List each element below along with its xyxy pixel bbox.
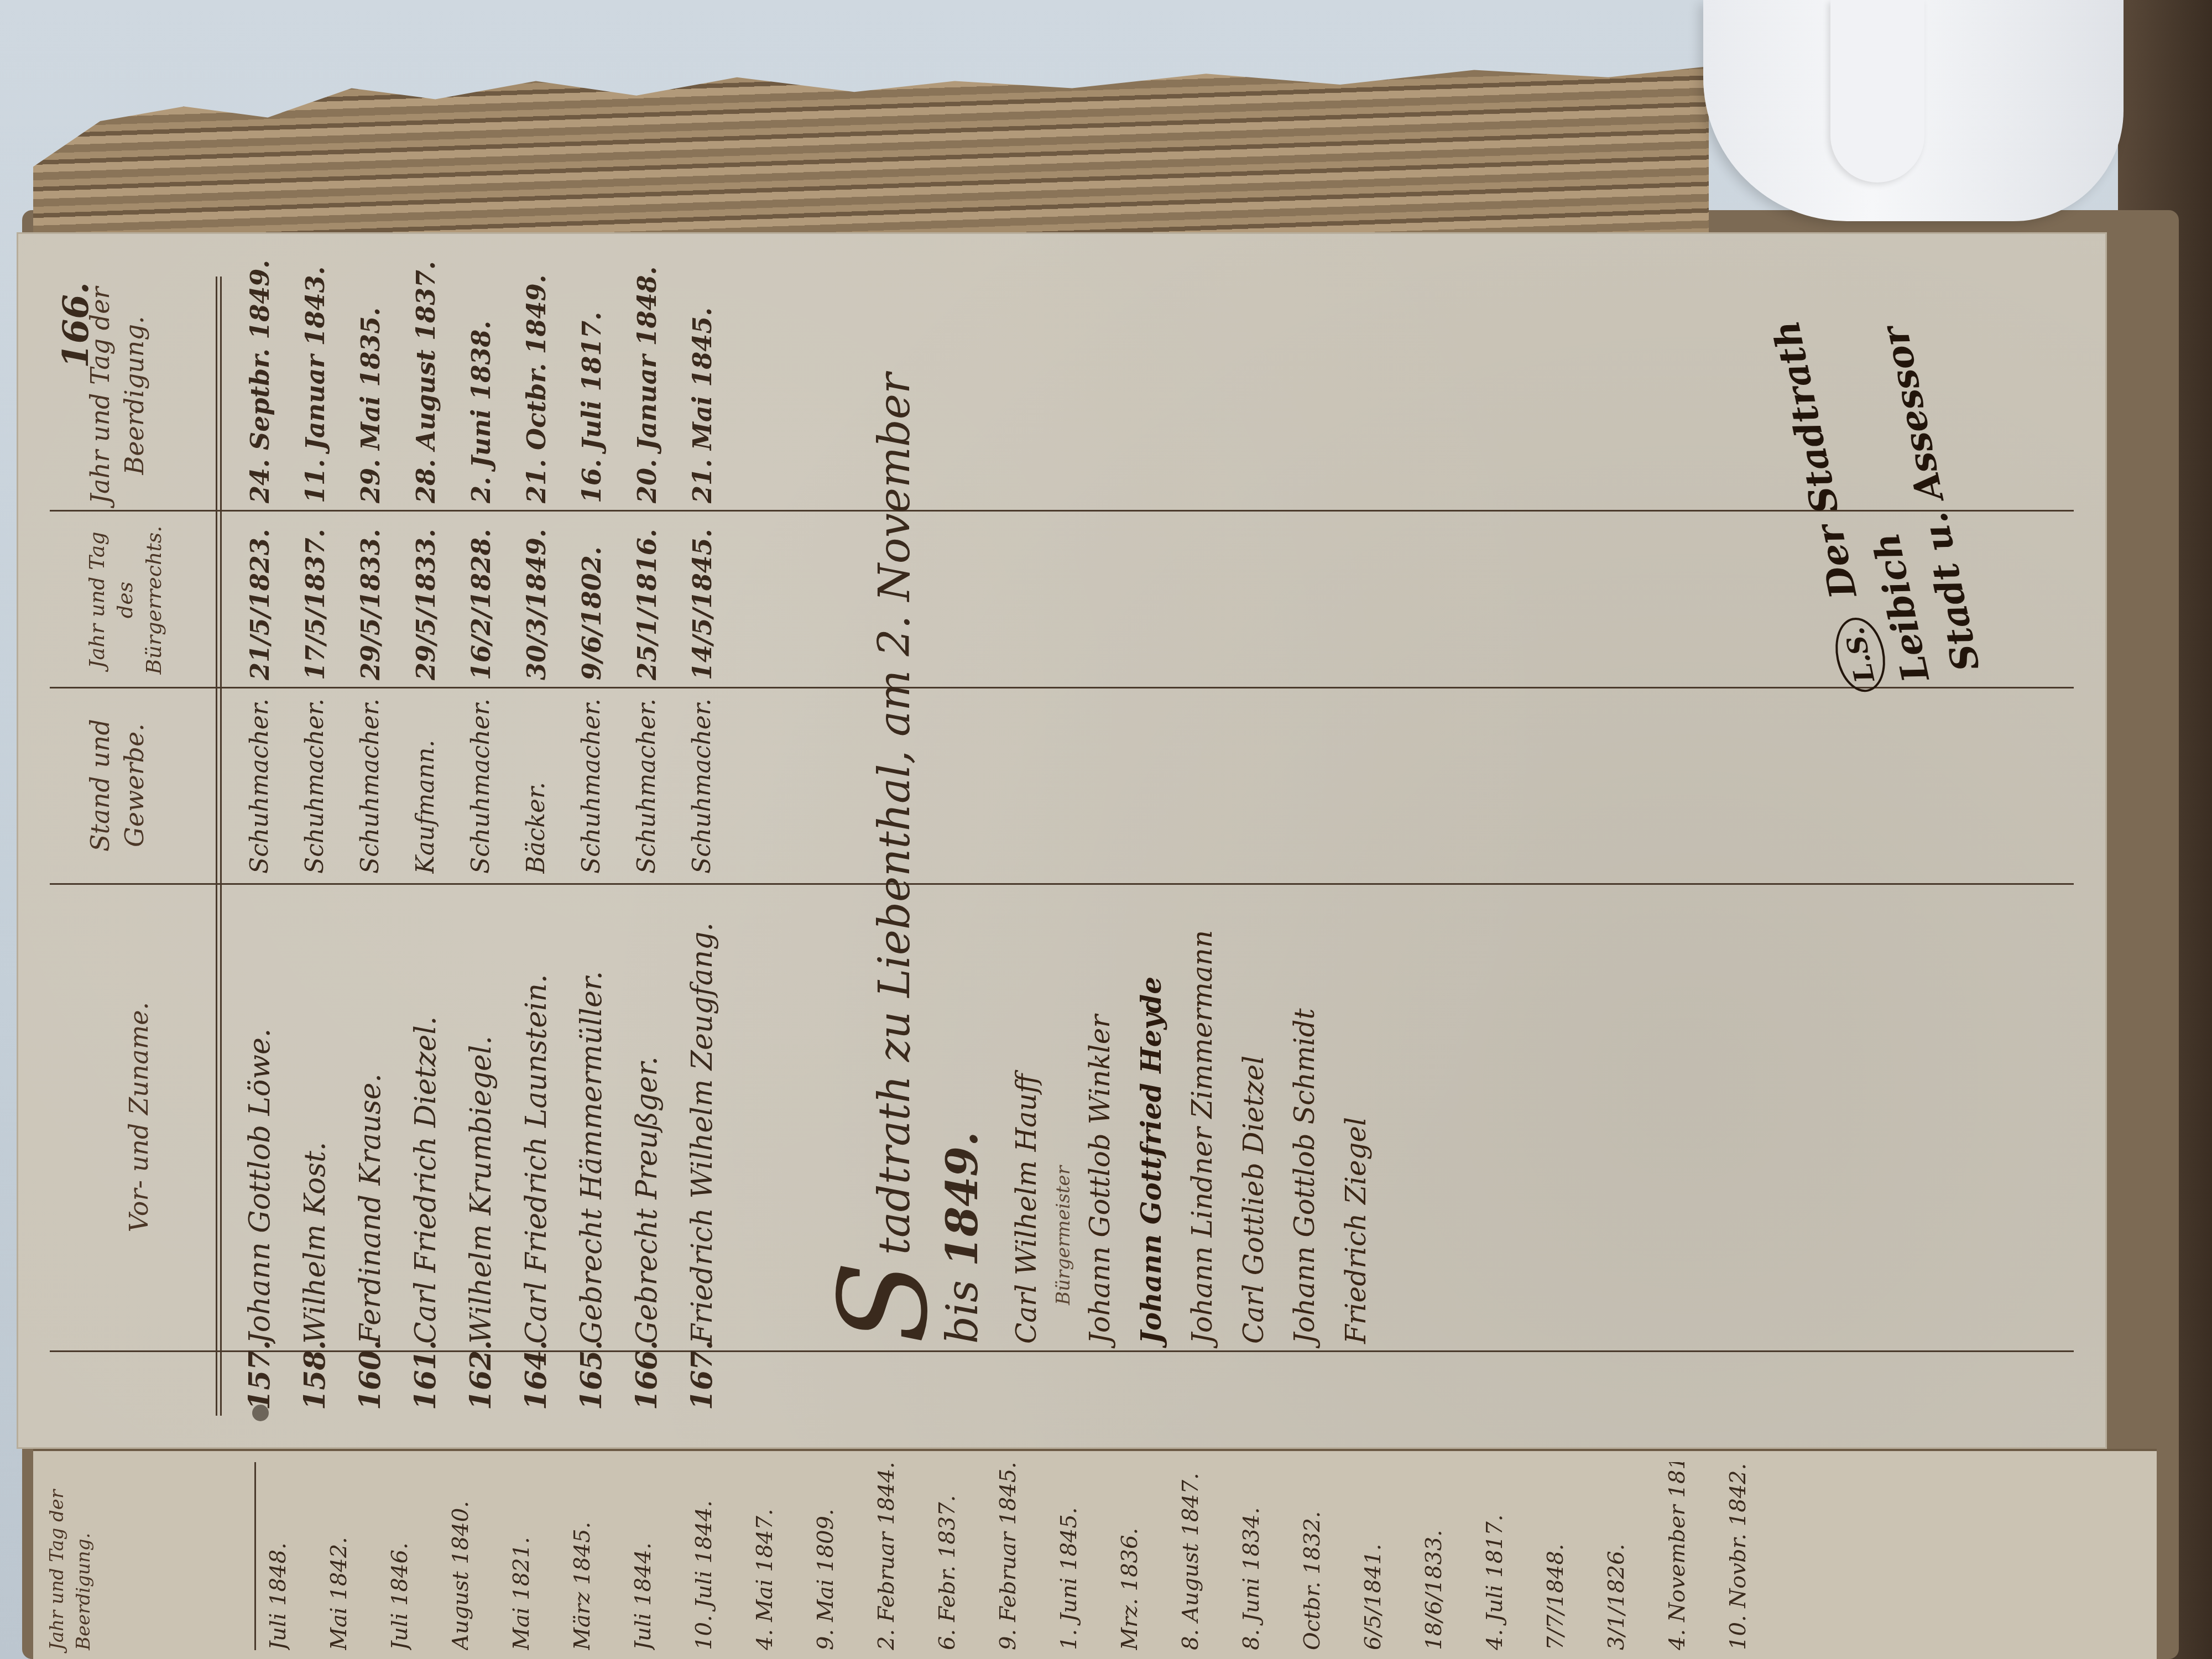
header-citizenship: Jahr und Tag des Bürgerrechts. [83, 517, 168, 683]
entry-trade: Bäcker. [509, 697, 564, 874]
table-row: 167. Friedrich Wilhelm Zeugfang. Schuhma… [675, 276, 730, 1416]
facing-date: 9. Mai 1809. [813, 1462, 879, 1650]
entry-burial-date: 21. Mai 1845. [675, 271, 730, 503]
table-row: 165. Gebrecht Hämmermüller. Schuhmacher.… [564, 276, 619, 1416]
closing-year: 1849. [937, 1131, 988, 1266]
table-row: 157. Johann Gottlob Löwe. Schuhmacher. 2… [232, 276, 288, 1416]
ledger-table: 166. Vor- und Zuname. Stand und Gewerbe.… [50, 276, 2074, 1416]
facing-page-content: Jahr und Tag der Beerdigung. Juli 1848. … [33, 1451, 2157, 1659]
entry-burial-date: 29. Mai 1835. [343, 271, 398, 503]
header-burial: Jahr und Tag der Beerdigung. [83, 285, 152, 506]
facing-date: Mai 1842. [326, 1462, 393, 1650]
entry-trade: Schuhmacher. [675, 697, 730, 874]
entry-trade: Schuhmacher. [619, 697, 675, 874]
facing-date: 8. August 1847. [1178, 1462, 1244, 1650]
signature: Johann Lindner Zimmermann [1177, 868, 1228, 1344]
table-row: 164. Carl Friedrich Launstein. Bäcker. 3… [509, 276, 564, 1416]
table-row: 162. Wilhelm Krumbiegel. Schuhmacher. 16… [453, 276, 509, 1416]
facing-date: 6/5/1841. [1360, 1462, 1427, 1650]
entry-citizenship-date: 25/1/1816. [619, 514, 675, 680]
signature: Johann Gottfried Heyde [1126, 868, 1177, 1344]
facing-date: 4. Juli 1817. [1482, 1462, 1548, 1650]
entry-citizenship-date: 29/5/1833. [398, 514, 453, 680]
signature: Johann Gottlob Schmidt [1279, 868, 1331, 1344]
entry-trade: Schuhmacher. [453, 697, 509, 874]
decorative-initial: S [813, 1260, 954, 1344]
entry-trade: Schuhmacher. [232, 697, 288, 874]
entry-burial-date: 11. Januar 1843. [288, 271, 343, 503]
seal-line-1: Der Stadtrath [1764, 317, 1865, 602]
facing-date: 9. Februar 1845. [995, 1462, 1062, 1650]
entry-number: 157. [232, 1355, 288, 1410]
entry-citizenship-date: 9/6/1802. [564, 514, 619, 680]
facing-date: 3/1/1826. [1604, 1462, 1670, 1650]
entry-number: 164. [509, 1355, 564, 1410]
facing-page: Jahr und Tag der Beerdigung. Juli 1848. … [33, 1449, 2157, 1659]
entry-name: Johann Gottlob Löwe. [232, 890, 288, 1344]
closing-statement: Stadtrath zu Liebenthal, am 2. November … [835, 293, 993, 1344]
entry-citizenship-date: 16/2/1828. [453, 514, 509, 680]
entry-burial-date: 16. Juli 1817. [564, 271, 619, 503]
ledger-page: 166. Vor- und Zuname. Stand und Gewerbe.… [17, 232, 2107, 1449]
facing-date: 18/6/1833. [1421, 1462, 1488, 1650]
header-name: Vor- und Zuname. [122, 890, 156, 1344]
entry-citizenship-date: 21/5/1823. [232, 514, 288, 680]
entry-name: Gebrecht Preußger. [619, 890, 675, 1344]
entry-number: 161. [398, 1355, 453, 1410]
signature-title: Bürgermeister [1052, 868, 1075, 1344]
entry-citizenship-date: 30/3/1849. [509, 514, 564, 680]
entry-burial-date: 20. Januar 1848. [619, 271, 675, 503]
table-row: 166. Gebrecht Preußger. Schuhmacher. 25/… [619, 276, 675, 1416]
facing-header: Jahr und Tag der Beerdigung. [44, 1462, 256, 1650]
facing-date: 6. Febr. 1837. [935, 1462, 1001, 1650]
facing-date: Juli 1846. [387, 1462, 453, 1650]
facing-date: Mrz. 1836. [1117, 1462, 1183, 1650]
facing-date: 4. November 1818. [1665, 1462, 1731, 1650]
signature: Friedrich Ziegel [1331, 868, 1382, 1344]
signature: Carl Wilhelm Hauff [1001, 868, 1052, 1344]
entry-trade: Schuhmacher. [343, 697, 398, 874]
table-row: 160. Ferdinand Krause. Schuhmacher. 29/5… [343, 276, 398, 1416]
facing-date: März 1845. [570, 1462, 636, 1650]
entry-burial-date: 21. Octbr. 1849. [509, 271, 564, 503]
facing-date: Juli 1848. [265, 1462, 332, 1650]
entry-number: 162. [453, 1355, 509, 1410]
facing-date: 2. Februar 1844. [874, 1462, 940, 1650]
facing-date: 10. Novbr. 1842. [1725, 1462, 1792, 1650]
facing-date: 4. Mai 1847. [752, 1462, 818, 1650]
closing-line-1: tadtrath zu Liebenthal, am 2. November [870, 373, 920, 1255]
signature: Johann Gottlob Winkler [1074, 868, 1126, 1344]
facing-date: 1. Juni 1845. [1056, 1462, 1123, 1650]
entry-citizenship-date: 14/5/1845. [675, 514, 730, 680]
ledger-page-content: 166. Vor- und Zuname. Stand und Gewerbe.… [17, 232, 2107, 1449]
entry-trade: Schuhmacher. [564, 697, 619, 874]
signature: Carl Gottlieb Dietzel [1228, 868, 1280, 1344]
header-trade: Stand und Gewerbe. [83, 694, 152, 877]
entry-name: Carl Friedrich Launstein. [509, 890, 564, 1344]
entry-trade: Kaufmann. [398, 697, 453, 874]
entry-name: Carl Friedrich Dietzel. [398, 890, 453, 1344]
entry-burial-date: 24. Septbr. 1849. [232, 271, 288, 503]
table-row: 161. Carl Friedrich Dietzel. Kaufmann. 2… [398, 276, 453, 1416]
entry-number: 165. [564, 1355, 619, 1410]
facing-date: Mai 1821. [509, 1462, 575, 1650]
table-row: 158. Wilhelm Kost. Schuhmacher. 17/5/183… [288, 276, 343, 1416]
entry-name: Wilhelm Kost. [288, 890, 343, 1344]
facing-date: 7/7/1848. [1543, 1462, 1609, 1650]
facing-date: 10. Juli 1844. [691, 1462, 758, 1650]
closing-line-2-prefix: bis [938, 1280, 988, 1344]
entry-burial-date: 2. Juni 1838. [453, 271, 509, 503]
facing-date: Octbr. 1832. [1300, 1462, 1366, 1650]
facing-date: 8. Juni 1834. [1239, 1462, 1305, 1650]
entry-name: Ferdinand Krause. [343, 890, 398, 1344]
entry-number: 160. [343, 1355, 398, 1410]
official-seal-signature: L.S. Der Stadtrath Leibich Stadt u. Asse… [1759, 286, 1991, 697]
entry-citizenship-date: 29/5/1833. [343, 514, 398, 680]
glove-finger [1830, 0, 1924, 182]
entry-name: Wilhelm Krumbiegel. [453, 890, 509, 1344]
entry-name: Gebrecht Hämmermüller. [564, 890, 619, 1344]
council-signatures: Carl Wilhelm Hauff Bürgermeister Johann … [1001, 868, 1381, 1344]
entry-citizenship-date: 17/5/1837. [288, 514, 343, 680]
entry-trade: Schuhmacher. [288, 697, 343, 874]
binding-hole [252, 1405, 269, 1421]
facing-date: Juli 1844. [630, 1462, 697, 1650]
header-rule [216, 276, 217, 1416]
header-rule [220, 276, 222, 1416]
entry-number: 158. [288, 1355, 343, 1410]
entry-number: 166. [619, 1355, 675, 1410]
facing-date: August 1840. [448, 1462, 514, 1650]
entry-name: Friedrich Wilhelm Zeugfang. [675, 890, 730, 1344]
entry-burial-date: 28. August 1837. [398, 271, 453, 503]
entry-number: 167. [675, 1355, 730, 1410]
